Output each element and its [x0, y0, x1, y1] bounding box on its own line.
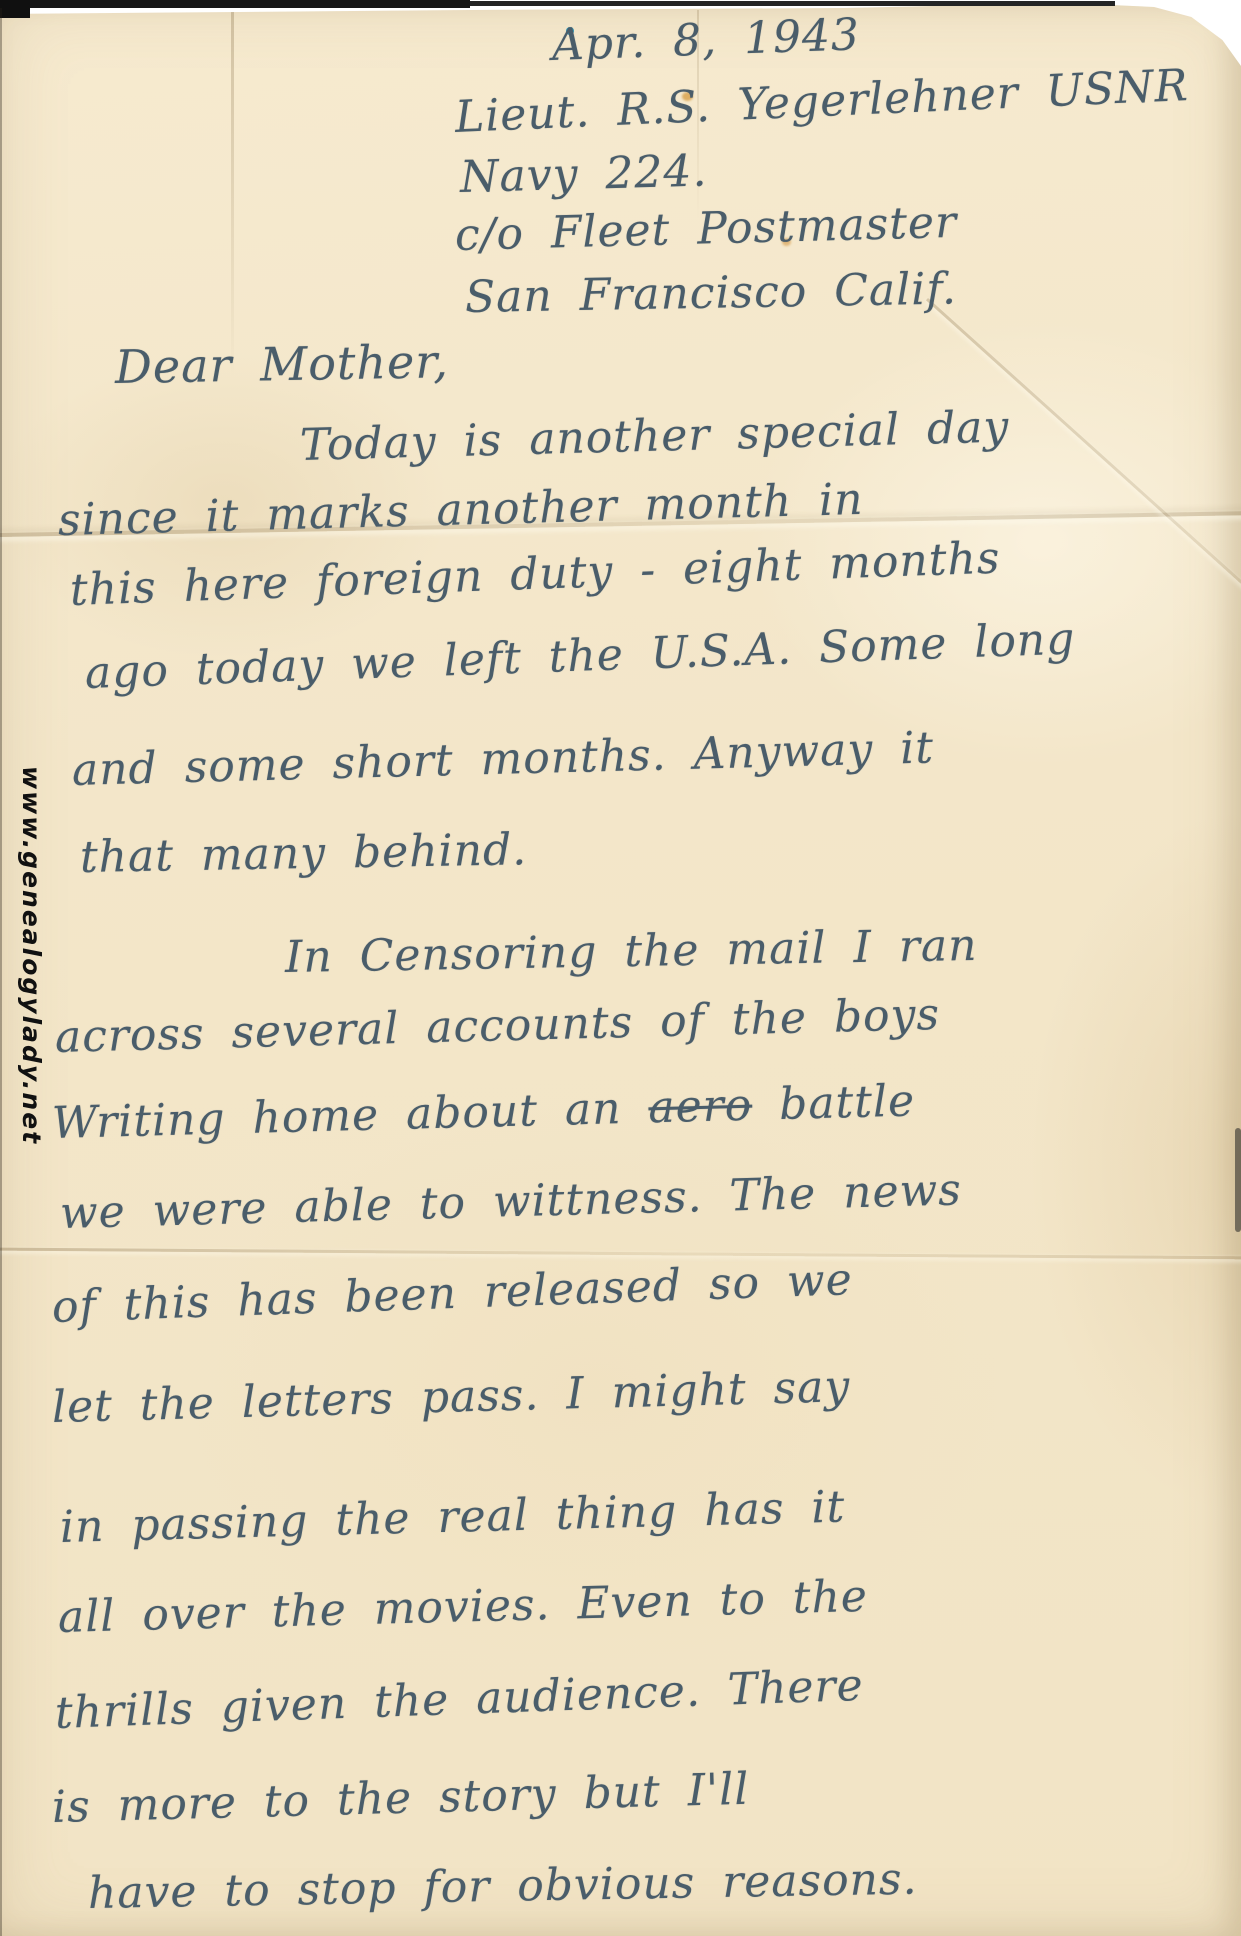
letter-line: Today is another special day — [299, 401, 1010, 471]
scan-left-edge-shadow — [0, 8, 2, 1936]
letter-line: of this has been released so we — [51, 1254, 853, 1333]
letter-line: this here foreign duty - eight months — [69, 533, 1001, 616]
letter-line: let the letters pass. I might say — [51, 1361, 851, 1433]
letter-line: ago today we left the U.S.A. Some long — [84, 613, 1076, 699]
letter-line: is more to the story but I'll — [51, 1764, 750, 1833]
letter-line: have to stop for obvious reasons. — [88, 1854, 918, 1919]
watermark-url: www.genealogylady.net — [17, 766, 46, 1145]
scan-background: www.genealogylady.net Apr. 8, 1943 Lieut… — [0, 0, 1241, 1936]
sender-name-line: Lieut. R.S. Yegerlehner USNR — [454, 60, 1190, 143]
letter-line: Writing home about an aero battle — [51, 1075, 915, 1149]
letter-line: In Censoring the mail I ran — [285, 920, 978, 983]
scan-right-edge-mark — [1235, 1128, 1241, 1232]
sender-postmaster-line: c/o Fleet Postmaster — [454, 197, 957, 261]
letter-line: in passing the real thing has it — [59, 1481, 845, 1553]
letter-line: and some short months. Anyway it — [71, 722, 934, 796]
fold-crease-vertical — [231, 12, 234, 377]
letter-line: thrills given the audience. There — [54, 1660, 864, 1739]
scanner-edge-strip — [0, 0, 470, 8]
fold-crease-horizontal — [0, 1248, 1241, 1260]
letter-line: across several accounts of the boys — [54, 989, 940, 1063]
letter-line: we were able to wittness. The news — [59, 1164, 962, 1239]
scanner-edge-strip — [470, 1, 1115, 6]
sender-city-line: San Francisco Calif. — [465, 263, 958, 323]
line-text: Writing home about an — [51, 1082, 649, 1149]
struck-word: aero — [648, 1080, 753, 1134]
salutation: Dear Mother, — [115, 334, 450, 394]
line-text: battle — [752, 1075, 916, 1130]
letter-line: all over the movies. Even to the — [57, 1571, 868, 1643]
letter-line: since it marks another month in — [57, 474, 864, 546]
letter-date: Apr. 8, 1943 — [551, 9, 861, 71]
scanner-corner-mark — [0, 0, 30, 18]
letter-line: that many behind. — [80, 824, 528, 883]
paper: www.genealogylady.net Apr. 8, 1943 Lieut… — [0, 0, 1241, 1936]
sender-unit-line: Navy 224. — [459, 146, 708, 203]
